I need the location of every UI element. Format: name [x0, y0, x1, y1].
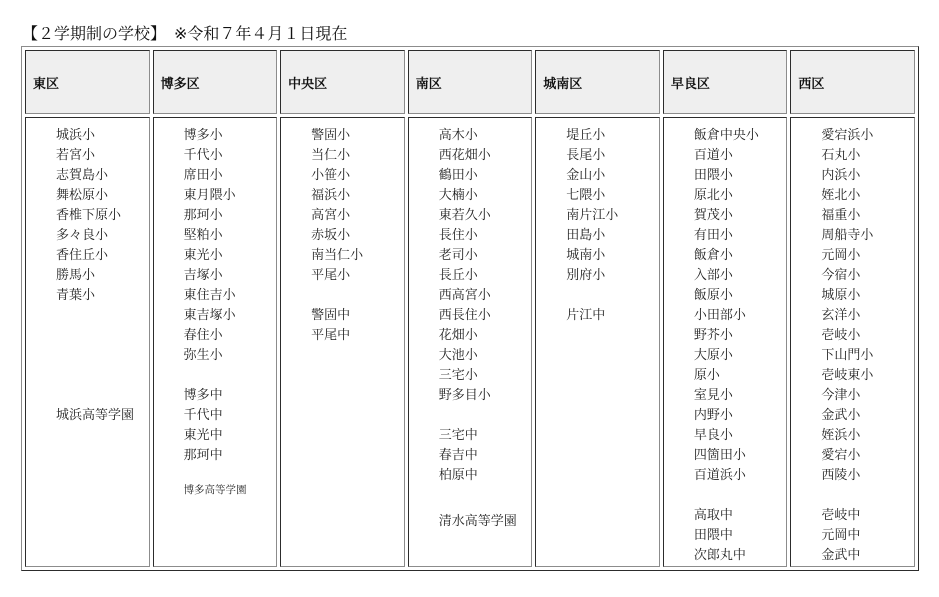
school-name: 四箇田小	[694, 446, 787, 466]
school-name: 飯倉小	[694, 246, 787, 266]
school-name: 西花畑小	[439, 146, 532, 166]
school-name: 城南小	[566, 246, 659, 266]
junior-high-list: 警固中平尾中	[311, 306, 404, 346]
school-name: 那珂小	[184, 206, 277, 226]
school-name: 田隈小	[694, 166, 787, 186]
school-name: 堤丘小	[566, 126, 659, 146]
school-name: 高木小	[439, 126, 532, 146]
school-name: 愛宕浜小	[821, 126, 914, 146]
school-name: 大楠小	[439, 186, 532, 206]
school-name: 平尾中	[311, 326, 404, 346]
school-name: 西陵小	[821, 466, 914, 486]
school-name: 清水高等学園	[439, 512, 532, 532]
spacer	[439, 406, 532, 426]
school-name: 城浜高等学園	[56, 406, 149, 426]
school-name: 赤坂小	[311, 226, 404, 246]
school-name: 千代中	[184, 406, 277, 426]
school-name: 福浜小	[311, 186, 404, 206]
school-name: 姪浜小	[821, 426, 914, 446]
school-name: 愛宕小	[821, 446, 914, 466]
elementary-list: 高木小西花畑小鶴田小大楠小東若久小長住小老司小長丘小西高宮小西長住小花畑小大池小…	[439, 126, 532, 406]
school-name: 三宅中	[439, 426, 532, 446]
school-name: 長尾小	[566, 146, 659, 166]
school-name: 東光中	[184, 426, 277, 446]
school-name: 南当仁小	[311, 246, 404, 266]
school-name: 今宿小	[821, 266, 914, 286]
ward-schools-cell: 飯倉中央小百道小田隈小原北小賀茂小有田小飯倉小入部小飯原小小田部小野芥小大原小原…	[663, 117, 788, 567]
elementary-list: 愛宕浜小石丸小内浜小姪北小福重小周船寺小元岡小今宿小城原小玄洋小壱岐小下山門小壱…	[821, 126, 914, 486]
other-list: 博多高等学園	[184, 480, 277, 500]
school-name: 七隈小	[566, 186, 659, 206]
school-name: 壱岐東小	[821, 366, 914, 386]
elementary-list: 堤丘小長尾小金山小七隈小南片江小田島小城南小別府小	[566, 126, 659, 286]
school-name: 玄洋小	[821, 306, 914, 326]
junior-high-list: 壱岐中元岡中金武中	[821, 506, 914, 566]
ward-schools-cell: 城浜小若宮小志賀島小舞松原小香椎下原小多々良小香住丘小勝馬小青葉小城浜高等学園	[25, 117, 150, 567]
school-name: 百道浜小	[694, 466, 787, 486]
school-name: 香住丘小	[56, 246, 149, 266]
school-name: 長丘小	[439, 266, 532, 286]
school-name: 飯原小	[694, 286, 787, 306]
school-name: 大池小	[439, 346, 532, 366]
school-name: 城浜小	[56, 126, 149, 146]
school-name: 西高宮小	[439, 286, 532, 306]
school-name: 壱岐中	[821, 506, 914, 526]
school-name: 原北小	[694, 186, 787, 206]
school-name: 東吉塚小	[184, 306, 277, 326]
school-name: 福重小	[821, 206, 914, 226]
two-semester-schools-table: 東区 博多区 中央区 南区 城南区 早良区 西区 城浜小若宮小志賀島小舞松原小香…	[21, 46, 919, 571]
school-name: 賀茂小	[694, 206, 787, 226]
school-name: 元岡中	[821, 526, 914, 546]
school-name: 警固小	[311, 126, 404, 146]
school-name: 警固中	[311, 306, 404, 326]
school-name: 舞松原小	[56, 186, 149, 206]
school-name: 平尾小	[311, 266, 404, 286]
school-name: 南片江小	[566, 206, 659, 226]
school-name: 田隈中	[694, 526, 787, 546]
school-name: 席田小	[184, 166, 277, 186]
school-name: 野芥小	[694, 326, 787, 346]
school-name: 小田部小	[694, 306, 787, 326]
school-name: 高宮小	[311, 206, 404, 226]
school-name: 堅粕小	[184, 226, 277, 246]
school-name: 内浜小	[821, 166, 914, 186]
school-name: 小笹小	[311, 166, 404, 186]
school-name: 三宅小	[439, 366, 532, 386]
elementary-list: 警固小当仁小小笹小福浜小高宮小赤坂小南当仁小平尾小	[311, 126, 404, 286]
school-name: 千代小	[184, 146, 277, 166]
school-name: 東若久小	[439, 206, 532, 226]
school-name: 東光小	[184, 246, 277, 266]
ward-header-row: 東区 博多区 中央区 南区 城南区 早良区 西区	[25, 50, 915, 114]
ward-header: 早良区	[663, 50, 788, 114]
school-name: 今津小	[821, 386, 914, 406]
school-name: 高取中	[694, 506, 787, 526]
school-name: 有田小	[694, 226, 787, 246]
school-name: 内野小	[694, 406, 787, 426]
school-name: 金武中	[821, 546, 914, 566]
ward-header: 博多区	[153, 50, 278, 114]
school-name: 博多中	[184, 386, 277, 406]
ward-header: 南区	[408, 50, 533, 114]
school-name: 飯倉中央小	[694, 126, 787, 146]
spacer	[566, 286, 659, 306]
junior-high-list: 高取中田隈中次郎丸中	[694, 506, 787, 566]
other-list: 清水高等学園	[439, 512, 532, 532]
school-name: 元岡小	[821, 246, 914, 266]
ward-header: 城南区	[535, 50, 660, 114]
school-name: 石丸小	[821, 146, 914, 166]
school-name: 志賀島小	[56, 166, 149, 186]
school-name: 勝馬小	[56, 266, 149, 286]
school-list-row: 城浜小若宮小志賀島小舞松原小香椎下原小多々良小香住丘小勝馬小青葉小城浜高等学園 …	[25, 117, 915, 567]
school-name: 東住吉小	[184, 286, 277, 306]
school-name: 博多小	[184, 126, 277, 146]
school-name: 若宮小	[56, 146, 149, 166]
other-list: 城浜高等学園	[56, 406, 149, 426]
ward-schools-cell: 堤丘小長尾小金山小七隈小南片江小田島小城南小別府小片江中	[535, 117, 660, 567]
school-name: 次郎丸中	[694, 546, 787, 566]
ward-schools-cell: 高木小西花畑小鶴田小大楠小東若久小長住小老司小長丘小西高宮小西長住小花畑小大池小…	[408, 117, 533, 567]
school-name: 西長住小	[439, 306, 532, 326]
school-name: 春吉中	[439, 446, 532, 466]
ward-header: 東区	[25, 50, 150, 114]
school-name: 博多高等学園	[184, 480, 277, 500]
school-name: 百道小	[694, 146, 787, 166]
school-name: 下山門小	[821, 346, 914, 366]
school-name: 室見小	[694, 386, 787, 406]
elementary-list: 博多小千代小席田小東月隈小那珂小堅粕小東光小吉塚小東住吉小東吉塚小春住小弥生小	[184, 126, 277, 366]
school-name: 春住小	[184, 326, 277, 346]
school-name: 姪北小	[821, 186, 914, 206]
school-name: 花畑小	[439, 326, 532, 346]
spacer	[311, 286, 404, 306]
school-name: 野多目小	[439, 386, 532, 406]
elementary-list: 飯倉中央小百道小田隈小原北小賀茂小有田小飯倉小入部小飯原小小田部小野芥小大原小原…	[694, 126, 787, 486]
ward-schools-cell: 警固小当仁小小笹小福浜小高宮小赤坂小南当仁小平尾小警固中平尾中	[280, 117, 405, 567]
school-name: 香椎下原小	[56, 206, 149, 226]
school-name: 鶴田小	[439, 166, 532, 186]
junior-high-list: 三宅中春吉中柏原中	[439, 426, 532, 486]
school-name: 大原小	[694, 346, 787, 366]
school-name: 早良小	[694, 426, 787, 446]
school-name: 那珂中	[184, 446, 277, 466]
ward-header: 中央区	[280, 50, 405, 114]
spacer	[56, 306, 149, 406]
school-name: 吉塚小	[184, 266, 277, 286]
spacer	[184, 366, 277, 386]
ward-schools-cell: 博多小千代小席田小東月隈小那珂小堅粕小東光小吉塚小東住吉小東吉塚小春住小弥生小博…	[153, 117, 278, 567]
school-name: 片江中	[566, 306, 659, 326]
school-name: 多々良小	[56, 226, 149, 246]
junior-high-list: 博多中千代中東光中那珂中	[184, 386, 277, 466]
school-name: 東月隈小	[184, 186, 277, 206]
school-name: 田島小	[566, 226, 659, 246]
page-caption: 【２学期制の学校】 ※令和７年４月１日現在	[22, 24, 347, 44]
school-name: 柏原中	[439, 466, 532, 486]
school-name: 青葉小	[56, 286, 149, 306]
ward-schools-cell: 愛宕浜小石丸小内浜小姪北小福重小周船寺小元岡小今宿小城原小玄洋小壱岐小下山門小壱…	[790, 117, 915, 567]
elementary-list: 城浜小若宮小志賀島小舞松原小香椎下原小多々良小香住丘小勝馬小青葉小	[56, 126, 149, 306]
school-name: 長住小	[439, 226, 532, 246]
school-name: 城原小	[821, 286, 914, 306]
school-name: 金山小	[566, 166, 659, 186]
spacer	[694, 486, 787, 506]
spacer	[821, 486, 914, 506]
school-name: 壱岐小	[821, 326, 914, 346]
ward-header: 西区	[790, 50, 915, 114]
school-name: 原小	[694, 366, 787, 386]
school-name: 金武小	[821, 406, 914, 426]
school-name: 別府小	[566, 266, 659, 286]
school-name: 弥生小	[184, 346, 277, 366]
school-name: 入部小	[694, 266, 787, 286]
school-name: 当仁小	[311, 146, 404, 166]
school-name: 老司小	[439, 246, 532, 266]
junior-high-list: 片江中	[566, 306, 659, 326]
school-name: 周船寺小	[821, 226, 914, 246]
